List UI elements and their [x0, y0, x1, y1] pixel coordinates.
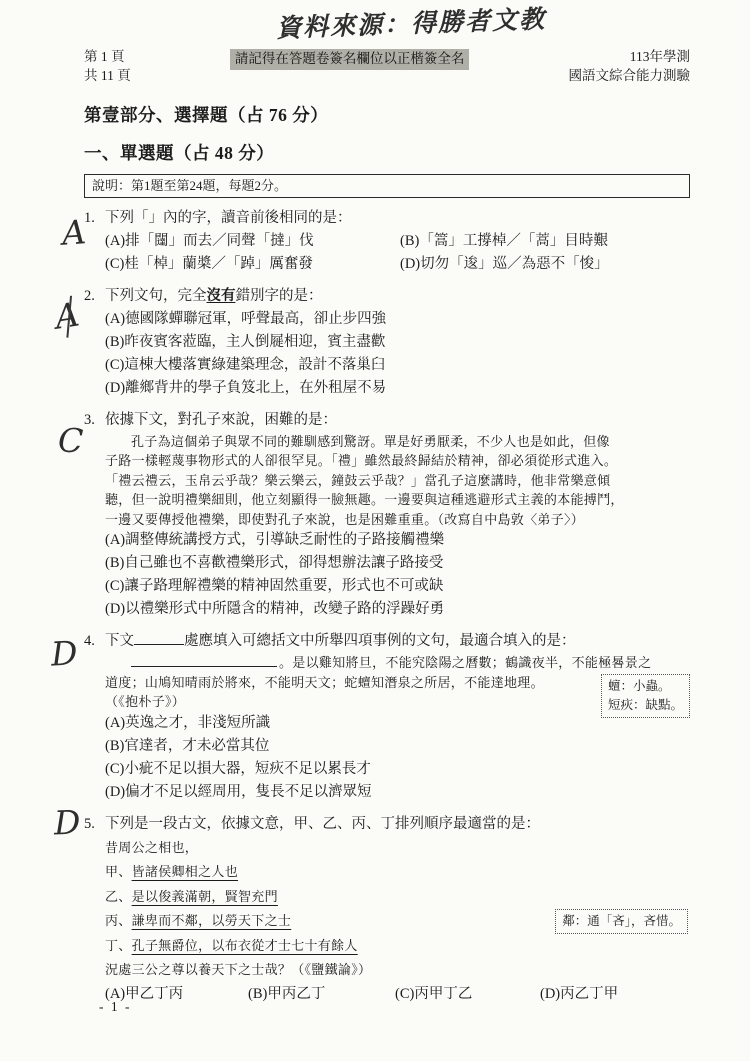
question-4-number: 4.: [84, 630, 105, 804]
instructions-box: 說明：第1題至第24題，每題2分。: [84, 174, 690, 198]
option-2a: (A)德國隊蟬聯冠軍，呼聲最高，卻止步四強: [105, 308, 690, 331]
option-4d: (D)偏才不足以經周用，隻長不足以濟眾短: [105, 781, 690, 804]
option-3a: (A)調整傳統講授方式，引導缺乏耐性的子路接觸禮樂: [105, 529, 690, 552]
question-5: 5. 下列是一段古文，依據文意，甲、乙、丙、丁排列順序最適當的是： 昔周公之相也…: [84, 813, 690, 1006]
handwritten-answer-q5: D: [53, 806, 81, 840]
exam-title-block: 113年學測 國語文綜合能力測驗: [569, 48, 691, 86]
page-number-block: 第 1 頁 共 11 頁: [84, 48, 131, 86]
handwritten-answer-q3: C: [57, 424, 83, 458]
item-text: 謙卑而不鄰，以勞天下之士: [132, 913, 292, 928]
option-2b: (B)昨夜賓客蒞臨，主人倒屣相迎，賓主盡歡: [105, 331, 690, 354]
reorder-item-ding: 丁、孔子無爵位，以布衣從才士七十有餘人: [105, 934, 690, 959]
question-2: 2. 下列文句，完全沒有錯別字的是： (A)德國隊蟬聯冠軍，呼聲最高，卻止步四強…: [84, 285, 690, 400]
question-2-stem-pre: 下列文句，完全: [105, 288, 207, 304]
item-text: 孔子無爵位，以布衣從才士七十有餘人: [132, 938, 358, 953]
gloss-line: 鄰：通「吝」，吝惜。: [562, 912, 681, 931]
question-5-stem: 下列是一段古文，依據文意，甲、乙、丙、丁排列順序最適當的是：: [105, 813, 690, 836]
question-4-body: 下文處應填入可總括文中所舉四項事例的文句，最適合填入的是： 。是以雞知將旦，不能…: [105, 630, 690, 804]
item-text: 是以俊義滿朝，賢智充門: [132, 889, 278, 904]
exam-year: 113年學測: [569, 48, 691, 67]
reorder-item-jia: 甲、皆諸侯卿相之人也: [105, 860, 690, 885]
question-1: 1. 下列「」內的字，讀音前後相同的是： (A)排「闥」而去／同聲「撻」伐 (B…: [84, 207, 690, 276]
item-label: 丁、: [105, 938, 132, 953]
question-2-stem-post: 錯別字的是：: [236, 288, 323, 304]
question-3-body: 依據下文，對孔子來說，困難的是： 孔子為這個弟子與眾不同的難馴感到驚訝。單是好勇…: [105, 409, 690, 622]
option-1c: (C)桂「棹」蘭槳／「踔」厲奮發: [105, 253, 400, 276]
question-4-stem-pre: 下文: [105, 633, 134, 649]
passage-text: 。是以雞知將旦，不能究陰陽之曆數；鶴識夜半，不能極晷景之: [279, 655, 651, 670]
fill-in-blank: [131, 654, 277, 667]
question-2-stem-emphasis: 沒有: [207, 288, 236, 304]
option-3c: (C)讓子路理解禮樂的精神固然重要，形式也不可或缺: [105, 575, 690, 598]
footer-page-number: - 1 -: [99, 999, 132, 1015]
question-5-options: (A)甲乙丁丙 (B)甲丙乙丁 (C)丙甲丁乙 (D)丙乙丁甲: [105, 983, 690, 1006]
gloss-line: 短疢：缺點。: [608, 696, 683, 715]
passage-line: 一邊又要傳授他禮樂，即使對孔子來說，也是困難重重。（改寫自中島敦〈弟子〉）: [105, 510, 690, 530]
option-5d: (D)丙乙丁甲: [540, 983, 690, 1006]
question-2-body: 下列文句，完全沒有錯別字的是： (A)德國隊蟬聯冠軍，呼聲最高，卻止步四強 (B…: [105, 285, 690, 400]
question-1-number: 1.: [84, 207, 105, 276]
question-3-stem: 依據下文，對孔子來說，困難的是：: [105, 409, 690, 432]
passage-line: 「禮云禮云，玉帛云乎哉？樂云樂云，鐘鼓云乎哉？」當孔子這麼講時，他非常樂意傾: [105, 471, 690, 491]
option-2c: (C)這棟大樓落實綠建築理念，設計不落巢臼: [105, 354, 690, 377]
sub-title: 一、單選題（占 48 分）: [84, 140, 690, 165]
option-1d: (D)切勿「逡」巡／為惡不「悛」: [400, 253, 690, 276]
passage-line: 。是以雞知將旦，不能究陰陽之曆數；鶴識夜半，不能極晷景之: [105, 653, 690, 673]
option-4c: (C)小疵不足以損大器，短疢不足以累長才: [105, 758, 690, 781]
question-4: 4. 下文處應填入可總括文中所舉四項事例的文句，最適合填入的是： 。是以雞知將旦…: [84, 630, 690, 804]
option-3b: (B)自己雖也不喜歡禮樂形式，卻得想辦法讓子路接受: [105, 552, 690, 575]
question-1-stem: 下列「」內的字，讀音前後相同的是：: [105, 207, 690, 230]
question-2-number: 2.: [84, 285, 105, 400]
page-number: 第 1 頁: [84, 48, 131, 67]
question-5-number: 5.: [84, 813, 105, 1006]
option-1a: (A)排「闥」而去／同聲「撻」伐: [105, 230, 400, 253]
question-5-body: 下列是一段古文，依據文意，甲、乙、丙、丁排列順序最適當的是： 昔周公之相也， 甲…: [105, 813, 690, 1006]
item-label: 乙、: [105, 889, 132, 904]
question-3-number: 3.: [84, 409, 105, 622]
page-total: 共 11 頁: [84, 67, 131, 86]
gloss-note-box: 蟺：小蟲。 短疢：缺點。: [601, 674, 690, 718]
gloss-note-box: 鄰：通「吝」，吝惜。: [555, 909, 688, 934]
option-3d: (D)以禮樂形式中所隱含的精神，改變子路的浮躁好勇: [105, 598, 690, 621]
option-4b: (B)官達者，才未必當其位: [105, 735, 690, 758]
gloss-line: 蟺：小蟲。: [608, 677, 683, 696]
question-5-outro: 況處三公之尊以養天下之士哉？（《鹽鐵論》）: [105, 958, 690, 983]
exam-name: 國語文綜合能力測驗: [569, 67, 691, 86]
question-4-stem-post: 處應填入可總括文中所舉四項事例的文句，最適合填入的是：: [184, 633, 576, 649]
item-text: 皆諸侯卿相之人也: [132, 864, 238, 879]
question-2-stem: 下列文句，完全沒有錯別字的是：: [105, 285, 690, 308]
option-1b: (B)「篙」工撐棹／「蒿」目時艱: [400, 230, 690, 253]
fill-in-blank: [134, 632, 184, 645]
handwritten-answer-q4: D: [50, 636, 78, 670]
question-4-stem: 下文處應填入可總括文中所舉四項事例的文句，最適合填入的是：: [105, 630, 690, 653]
reorder-item-yi: 乙、是以俊義滿朝，賢智充門: [105, 885, 690, 910]
page-content: 第 1 頁 共 11 頁 請記得在答題卷簽名欄位以正楷簽全名 113年學測 國語…: [84, 0, 690, 1006]
passage-line: 孔子為這個弟子與眾不同的難馴感到驚訝。單是好勇厭柔，不少人也是如此，但像: [105, 432, 690, 452]
handwritten-answer-q2: A: [53, 297, 82, 333]
page-header: 第 1 頁 共 11 頁 請記得在答題卷簽名欄位以正楷簽全名 113年學測 國語…: [84, 0, 690, 86]
option-2d: (D)離鄉背井的學子負笈北上，在外租屋不易: [105, 377, 690, 400]
passage-line: 子路一樣輕蔑事物形式的人卻很罕見。「禮」雖然最終歸結於精神，卻必須從形式進入。: [105, 451, 690, 471]
exam-page: 資料來源：得勝者文教 A A C D D 第 1 頁 共 11 頁 請記得在答題…: [0, 0, 750, 1061]
passage-line: 聽，但一說明禮樂細則，他立刻顯得一臉無趣。一邊要與這種逃避形式主義的本能搏鬥，: [105, 490, 690, 510]
question-1-options: (A)排「闥」而去／同聲「撻」伐 (B)「篙」工撐棹／「蒿」目時艱 (C)桂「棹…: [105, 230, 690, 276]
item-label: 丙、: [105, 913, 132, 928]
part-title: 第壹部分、選擇題（占 76 分）: [84, 102, 690, 127]
signature-notice: 請記得在答題卷簽名欄位以正楷簽全名: [230, 49, 470, 70]
question-3-passage: 孔子為這個弟子與眾不同的難馴感到驚訝。單是好勇厭柔，不少人也是如此，但像 子路一…: [105, 432, 690, 530]
item-label: 甲、: [105, 864, 132, 879]
question-3: 3. 依據下文，對孔子來說，困難的是： 孔子為這個弟子與眾不同的難馴感到驚訝。單…: [84, 409, 690, 622]
option-5b: (B)甲丙乙丁: [248, 983, 395, 1006]
question-5-intro: 昔周公之相也，: [105, 836, 690, 861]
option-5c: (C)丙甲丁乙: [395, 983, 540, 1006]
question-1-body: 下列「」內的字，讀音前後相同的是： (A)排「闥」而去／同聲「撻」伐 (B)「篙…: [105, 207, 690, 276]
